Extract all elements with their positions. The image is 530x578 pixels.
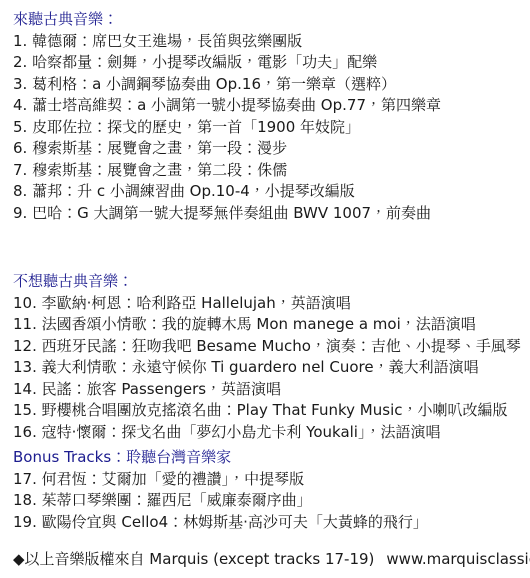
track-item: 12. 西班牙民謠：狂吻我吧 Besame Mucho，演奏：吉他、小提琴、手風… <box>13 336 524 358</box>
track-item: 2. 哈察都量：劍舞，小提琴改編版，電影「功夫」配樂 <box>13 52 524 74</box>
track-item: 4. 蕭士塔高維契：a 小調第一號小提琴協奏曲 Op.77，第四樂章 <box>13 95 524 117</box>
track-item: 17. 何君恆：艾爾加「愛的禮讚」，中提琴版 <box>13 469 524 491</box>
section-gap <box>13 224 524 271</box>
track-item: 7. 穆索斯基：展覽會之畫，第二段：侏儒 <box>13 160 524 182</box>
track-item: 13. 義大利情歌：永遠守候你 Ti guardero nel Cuore，義大… <box>13 357 524 379</box>
copyright-text: ◆以上音樂版權來自 Marquis (except tracks 17-19) <box>13 550 374 568</box>
track-item: 6. 穆索斯基：展覽會之畫，第一段：漫步 <box>13 138 524 160</box>
track-item: 15. 野櫻桃合唱團放克搖滾名曲：Play That Funky Music，小… <box>13 400 524 422</box>
copyright-note: ◆以上音樂版權來自 Marquis (except tracks 17-19)w… <box>13 549 524 571</box>
section-heading-nonclassical: 不想聽古典音樂： <box>13 271 524 293</box>
section-heading-classical: 來聽古典音樂： <box>13 9 524 31</box>
track-item: 5. 皮耶佐拉：探戈的歷史，第一首「1900 年妓院」 <box>13 117 524 139</box>
track-item: 11. 法國香頌小情歌：我的旋轉木馬 Mon manege a moi，法語演唱 <box>13 314 524 336</box>
tracklist-document: 來聽古典音樂： 1. 韓德爾：席巴女王進場，長笛與弦樂團版 2. 哈察都量：劍舞… <box>0 0 530 578</box>
track-item: 19. 歐陽伶宜與 Cello4：林姆斯基·高沙可夫「大黃蜂的飛行」 <box>13 512 524 534</box>
section-heading-bonus-tracks: Bonus Tracks：聆聽台灣音樂家 <box>13 447 524 469</box>
track-item: 3. 葛利格：a 小調鋼琴協奏曲 Op.16，第一樂章（選粹） <box>13 74 524 96</box>
track-item: 16. 寇特·懷爾：探戈名曲「夢幻小島尤卡利 Youkali」，法語演唱 <box>13 422 524 444</box>
track-item: 9. 巴哈：G 大調第一號大提琴無伴奏組曲 BWV 1007，前奏曲 <box>13 203 524 225</box>
track-item: 18. 茱蒂口琴樂團：羅西尼「威廉泰爾序曲」 <box>13 490 524 512</box>
track-item: 10. 李歐納·柯恩：哈利路亞 Hallelujah，英語演唱 <box>13 293 524 315</box>
track-item: 8. 蕭邦：升 c 小調練習曲 Op.10-4，小提琴改編版 <box>13 181 524 203</box>
website-url: www.marquisclassics.com <box>386 550 530 568</box>
track-item: 1. 韓德爾：席巴女王進場，長笛與弦樂團版 <box>13 31 524 53</box>
footer-gap <box>13 533 524 549</box>
track-item: 14. 民謠：旅客 Passengers，英語演唱 <box>13 379 524 401</box>
